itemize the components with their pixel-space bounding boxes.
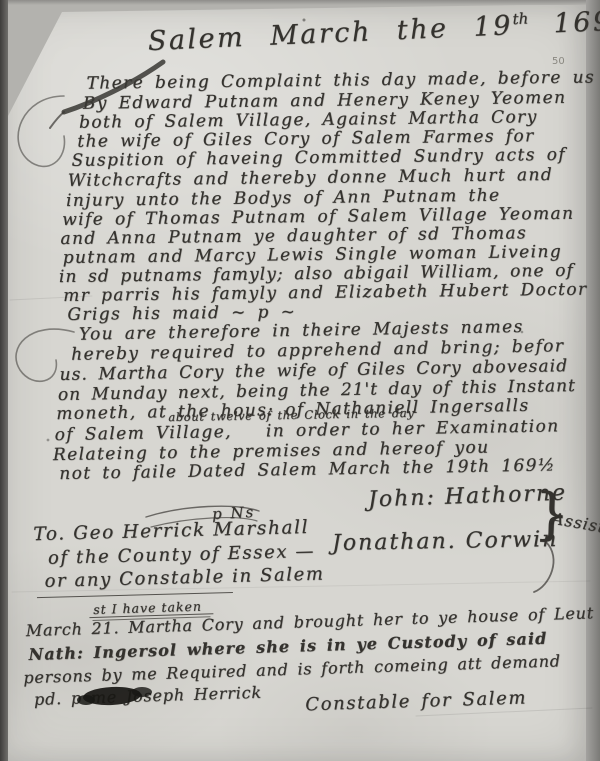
manuscript-line: pd. p me Joseph Herrick	[34, 683, 262, 709]
signature-joseph-herrick-title: Constable for Salem	[305, 687, 527, 715]
document-photo: Salem March the 19th 169½ 50 There being…	[0, 0, 600, 761]
return-block: st I have taken March 21. Martha Cory an…	[0, 0, 600, 761]
